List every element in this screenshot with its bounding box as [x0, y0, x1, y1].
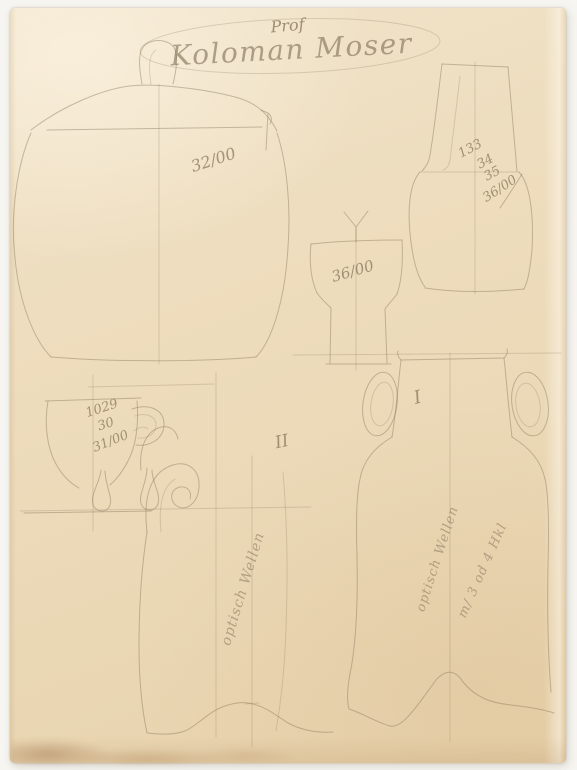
amphora-note-line1: optisch Wellen	[413, 504, 461, 614]
amphora-left-handle-outer	[359, 370, 402, 438]
pot-base-line	[51, 357, 256, 361]
scanned-page: Prof Koloman Moser 32/00	[0, 0, 577, 770]
pot-spout-tab	[261, 110, 271, 150]
amphora-right-handle-outer	[508, 370, 553, 438]
vessel-neck-left	[422, 64, 442, 171]
vessel-neck-right	[508, 67, 517, 171]
vessel-body-right	[519, 172, 532, 289]
pot-body-right	[256, 133, 289, 357]
wave-vase-horizontal-guideline	[20, 507, 311, 511]
cup-bowl-left	[46, 401, 79, 488]
cup-handle-inner	[135, 415, 156, 439]
pot-model-number: 32/00	[188, 144, 238, 176]
amphora-neck-right	[504, 358, 512, 437]
cup-number-2: 30	[96, 415, 116, 434]
goblet-stem-right	[385, 294, 397, 363]
cup-left-foot	[92, 470, 110, 511]
amphora-left-handle-inner	[368, 381, 396, 428]
pencil-sketch-overlay: Prof Koloman Moser 32/00	[0, 0, 577, 770]
sketch-lidded-pot: 32/00	[13, 41, 289, 364]
cup-check-mark	[134, 427, 148, 431]
wave-vase-base-wave	[148, 703, 333, 734]
cup-handle-outer	[132, 407, 164, 445]
sketch-goblet: 36/00	[310, 211, 402, 370]
pot-lid-dome	[31, 85, 277, 131]
pot-body-left	[13, 133, 51, 357]
sketch-tall-vessel: 133 34 35 36/00	[409, 62, 532, 294]
amphora-note-line2: m/ 3 od 4 Hkl	[455, 521, 510, 621]
cup-top-guideline	[88, 384, 214, 387]
wave-vase-body-right	[276, 472, 287, 731]
amphora-body-right	[512, 437, 551, 692]
goblet-stem-left	[317, 293, 331, 363]
amphora-numeral: I	[411, 386, 425, 409]
wave-vase-serpentine-handle-inner	[160, 479, 175, 532]
goblet-model-number: 36/00	[329, 256, 376, 285]
sketch-wave-vase: II optisch Wellen	[20, 373, 333, 747]
amphora-top-guideline	[293, 353, 561, 355]
goblet-bowl-right	[397, 240, 402, 294]
sketch-amphora-vase: I optisch Wellen m/ 3 od 4 Hkl	[293, 349, 561, 742]
amphora-body-left	[350, 437, 392, 674]
vessel-body-left	[409, 172, 425, 287]
amphora-base-wave	[348, 672, 554, 726]
pot-lid-rim-line	[47, 127, 262, 130]
title-cartouche: Prof Koloman Moser	[139, 14, 441, 78]
wave-vase-numeral: II	[272, 431, 291, 454]
wave-vase-note: optisch Wellen	[218, 530, 268, 647]
wave-vase-mouth	[141, 427, 178, 470]
cup-baseline	[24, 511, 152, 513]
wave-vase-serpentine-handle-outer	[146, 464, 199, 532]
wave-vase-body-left	[139, 532, 147, 733]
goblet-bowl-left	[310, 244, 317, 293]
cup-number-3: 31/00	[91, 428, 131, 456]
pot-knob-inner-line	[149, 50, 156, 84]
amphora-right-handle-inner	[513, 382, 543, 429]
vessel-funnel-inner-line	[443, 76, 460, 170]
